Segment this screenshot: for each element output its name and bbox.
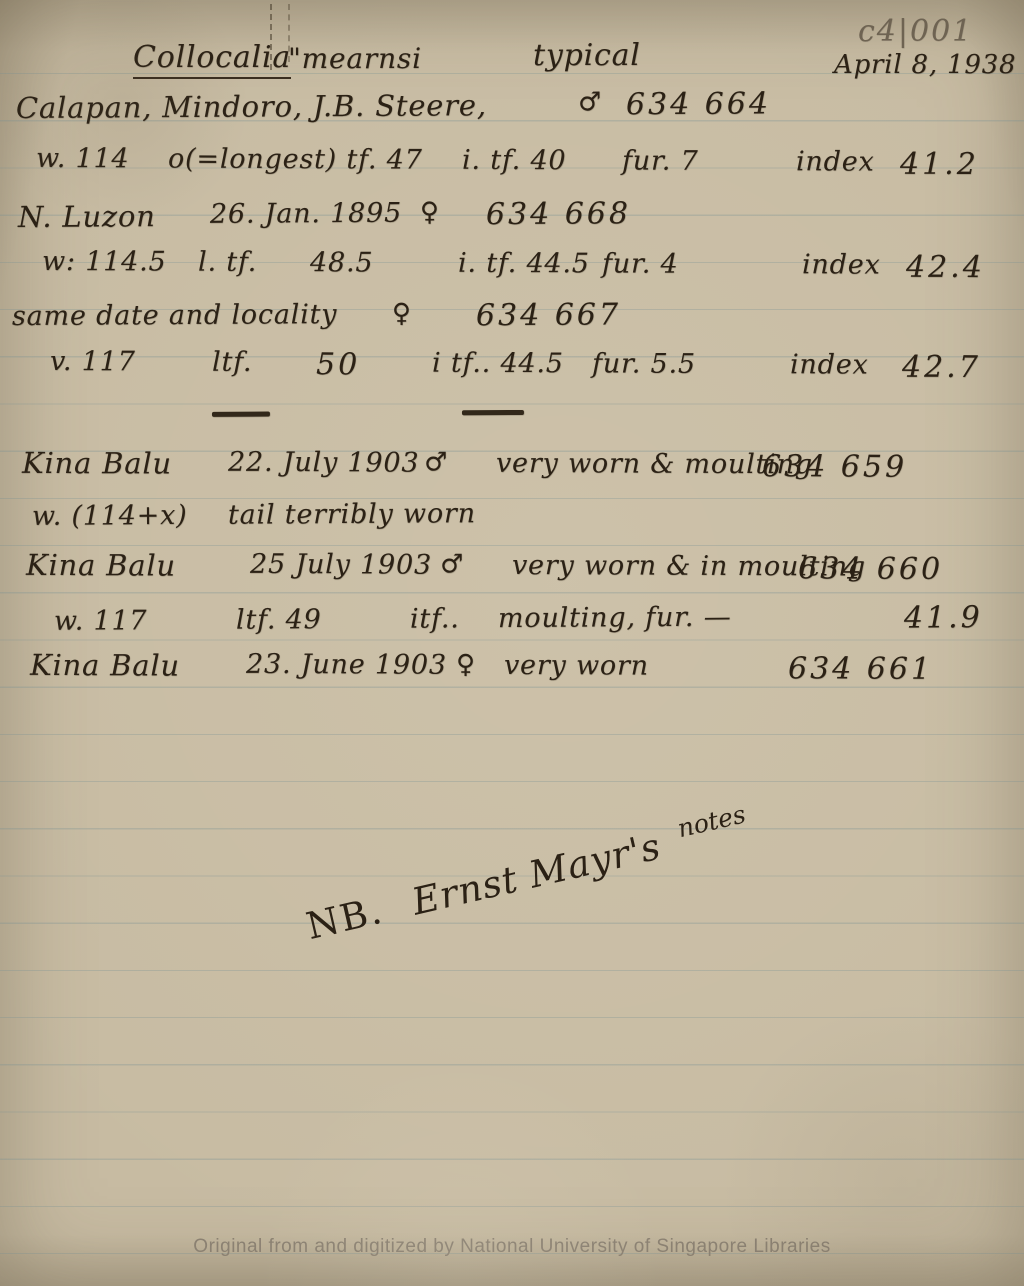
handwritten-text: 634 659 xyxy=(762,449,907,485)
manuscript-page: c4|001 April 8, 1938 Collocalia "mearnsi… xyxy=(0,0,1024,1286)
handwritten-text: fur. 5.5 xyxy=(592,348,696,379)
manuscript-line: w. (114+x)tail terribly worn xyxy=(0,495,1024,549)
handwritten-text: l. tf. xyxy=(198,247,257,278)
manuscript-line xyxy=(0,393,1024,447)
handwritten-text: i. tf. 44.5 xyxy=(458,248,590,280)
handwritten-text: w: 114.5 xyxy=(42,246,167,278)
ink-underline-stroke xyxy=(462,410,524,415)
handwritten-text: index xyxy=(802,249,881,280)
handwritten-text: ♀ xyxy=(456,650,476,680)
handwritten-text: ♂ xyxy=(578,87,602,117)
handwritten-text: very worn xyxy=(504,650,649,682)
handwritten-text: 22. July 1903 xyxy=(228,447,419,479)
manuscript-line: Kina Balu25 July 1903♂very worn & in mou… xyxy=(0,548,1024,600)
handwritten-text: N. Luzon xyxy=(18,199,156,234)
handwritten-text: 42.7 xyxy=(902,350,981,385)
manuscript-line: w: 114.5l. tf.48.5i. tf. 44.5fur. 4index… xyxy=(0,246,1024,298)
handwritten-text: Kina Balu xyxy=(22,446,172,481)
digitization-credit: Original from and digitized by National … xyxy=(0,1236,1024,1258)
handwritten-text: w. (114+x) xyxy=(32,500,188,532)
handwritten-text: Kina Balu xyxy=(30,648,180,683)
handwritten-text: ♂ xyxy=(440,550,464,580)
handwritten-text: 41.2 xyxy=(900,147,979,182)
handwritten-text: Kina Balu xyxy=(26,548,176,583)
manuscript-line: same date and locality♀634 667 xyxy=(0,295,1024,349)
handwritten-text: v. 117 xyxy=(50,346,136,377)
handwritten-text: 41.9 xyxy=(904,600,983,635)
handwritten-text: o(=longest) tf. 47 xyxy=(168,143,423,175)
manuscript-line: Calapan, Mindoro, J.B. Steere,♂634 664 xyxy=(0,85,1024,139)
handwritten-text: i tf.. 44.5 xyxy=(432,348,564,380)
manuscript-line: N. Luzon26. Jan. 1895♀634 668 xyxy=(0,194,1024,248)
handwritten-text: ♂ xyxy=(424,448,448,478)
handwritten-text: 23. June 1903 xyxy=(246,649,447,681)
handwritten-text: moulting, fur. — xyxy=(498,602,732,634)
handwritten-text: 26. Jan. 1895 xyxy=(210,198,402,230)
handwritten-text: fur. 4 xyxy=(602,248,679,279)
handwritten-text: w. 117 xyxy=(54,605,148,637)
handwritten-text: 42.4 xyxy=(906,250,985,285)
manuscript-line: w. 117ltf. 49itf..moulting, fur. —41.9 xyxy=(0,600,1024,654)
handwritten-text: 634 667 xyxy=(476,297,621,333)
handwriting-body: Calapan, Mindoro, J.B. Steere,♂634 664w.… xyxy=(0,0,1024,1286)
handwritten-text: w. 114 xyxy=(36,143,130,174)
handwritten-text: 48.5 xyxy=(310,247,373,278)
handwritten-text: 634 664 xyxy=(626,86,771,122)
handwritten-text: 25 July 1903 xyxy=(250,549,432,581)
handwritten-text: tail terribly worn xyxy=(228,498,476,531)
handwritten-text: index xyxy=(790,349,869,380)
handwritten-text: fur. 7 xyxy=(622,145,699,176)
handwritten-text: ltf. xyxy=(212,347,252,378)
handwritten-text: ltf. 49 xyxy=(236,604,322,636)
handwritten-text: ♀ xyxy=(420,197,440,227)
handwritten-text: 634 668 xyxy=(486,196,631,232)
handwritten-text: ♀ xyxy=(392,299,412,329)
handwritten-text: i. tf. 40 xyxy=(462,145,567,176)
ink-underline-stroke xyxy=(212,411,270,416)
handwritten-text: index xyxy=(796,146,875,177)
manuscript-line: w. 114o(=longest) tf. 47i. tf. 40fur. 7i… xyxy=(0,143,1024,195)
handwritten-text: 634 661 xyxy=(788,651,933,687)
manuscript-line: Kina Balu23. June 1903♀very worn634 661 xyxy=(0,648,1024,700)
handwritten-text: itf.. xyxy=(410,603,460,634)
handwritten-text: Calapan, Mindoro, J.B. Steere, xyxy=(16,88,487,125)
handwritten-text: 634 660 xyxy=(798,551,943,587)
handwritten-text: 50 xyxy=(316,347,360,382)
manuscript-line: Kina Balu22. July 1903♂very worn & moult… xyxy=(0,446,1024,498)
handwritten-text: same date and locality xyxy=(12,299,338,332)
manuscript-line: v. 117ltf.50i tf.. 44.5fur. 5.5index42.7 xyxy=(0,346,1024,398)
